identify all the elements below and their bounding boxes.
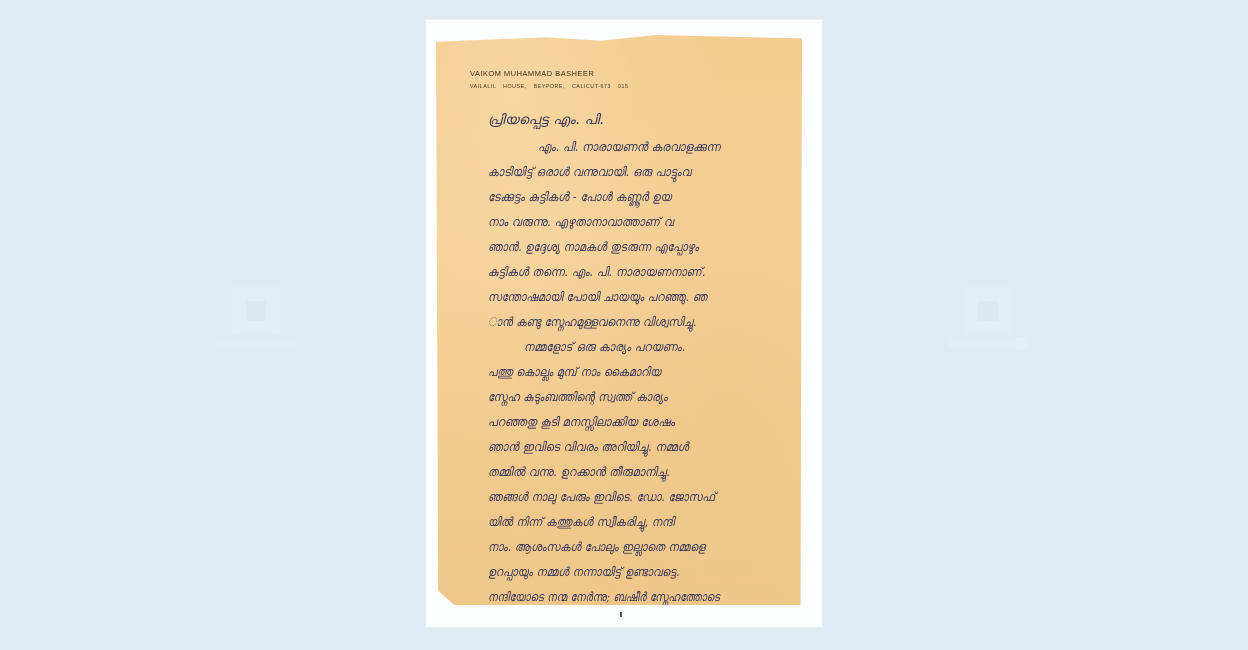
letter-line: സന്തോഷമായി പോയി ചായയും പറഞ്ഞു. ഞ <box>488 289 707 305</box>
letter-line: തമ്മിൽ വന്നു. ഉറക്കാൻ തീരുമാനിച്ചു. <box>488 464 670 480</box>
letter-line: പറഞ്ഞതു കൂടി മനസ്സിലാക്കിയ ശേഷം <box>488 414 675 430</box>
letter-body: പ്രിയപ്പെട്ട എം. പി. എം. പി. നാരായണൻ കരവ… <box>436 35 802 605</box>
letter-line: കുട്ടികൾ തന്നെ. എം. പി. നാരായണനാണ്. <box>488 264 706 280</box>
watermark-base <box>216 337 296 349</box>
letter-line: ഉറപ്പായും നമ്മൾ നന്നായിട്ട് ഉണ്ടാവട്ടെ. <box>488 564 680 580</box>
letter-line: സ്നേഹ കുടുംബത്തിന്റെ സ്വത്ത് കാര്യം <box>488 389 668 405</box>
page-background: VAIKOM MUHAMMAD BASHEER VAILALIL HOUSE, … <box>0 0 1248 650</box>
letter-line: ാൻ കണ്ടു സ്നേഹമുള്ളവനെന്നു വിശ്വസിച്ചു. <box>488 314 697 330</box>
letter-line: നമ്മളോട് ഒരു കാര്യം പറയണം. <box>524 339 686 355</box>
letter-line: നാം വരുന്നു. എഴുതാനാവാത്താണ് വ <box>488 214 674 230</box>
letter-line: എം. പി. നാരായണൻ കരവാളക്കുന്ന <box>538 139 720 155</box>
letter-line: നന്ദിയോടെ നന്മ നേർന്നു; ബഷീർ സ്നേഹത്തോടെ <box>488 589 720 605</box>
letter-line: യിൽ നിന്ന് കത്തുകൾ സ്വീകരിച്ചു, നന്ദി <box>488 514 675 530</box>
monitor-icon <box>948 287 1028 353</box>
letter-line: ടേക്കുട്ടം കുട്ടികൾ - പോൾ കണ്ണൂർ ഉയ <box>488 189 672 205</box>
salutation: പ്രിയപ്പെട്ട എം. പി. <box>488 112 604 128</box>
letter-line: കാടിയിട്ട് ഒരാൾ വന്നുവായി. ഒരു പാട്ടുംവ <box>488 164 691 180</box>
watermark-screen <box>964 287 1012 335</box>
letter-line: ഞാൻ. ഉദ്ദേശ്യ നാമകൾ തുടരുന്ന എപ്പോഴും <box>488 239 699 255</box>
letter-photo-card: VAIKOM MUHAMMAD BASHEER VAILALIL HOUSE, … <box>426 20 822 627</box>
paper-mark <box>620 612 622 617</box>
letter-line: ഞങ്ങൾ നാലു പേരും ഇവിടെ. ഡോ. ജോസഫ് <box>488 489 715 505</box>
letter-line: ഞാൻ ഇവിടെ വിവരം അറിയിച്ചു. നമ്മൾ <box>488 439 689 455</box>
letter-line: പത്തു കൊല്ലം മുമ്പ് നാം കൈമാറിയ <box>488 364 661 380</box>
letter-line: നാം. ആശംസകൾ പോലും ഇല്ലാതെ നമ്മളെ <box>488 539 706 555</box>
monitor-icon <box>216 287 296 353</box>
watermark-screen <box>232 287 280 335</box>
handwritten-letter: VAIKOM MUHAMMAD BASHEER VAILALIL HOUSE, … <box>436 35 802 605</box>
watermark-base <box>948 337 1028 349</box>
